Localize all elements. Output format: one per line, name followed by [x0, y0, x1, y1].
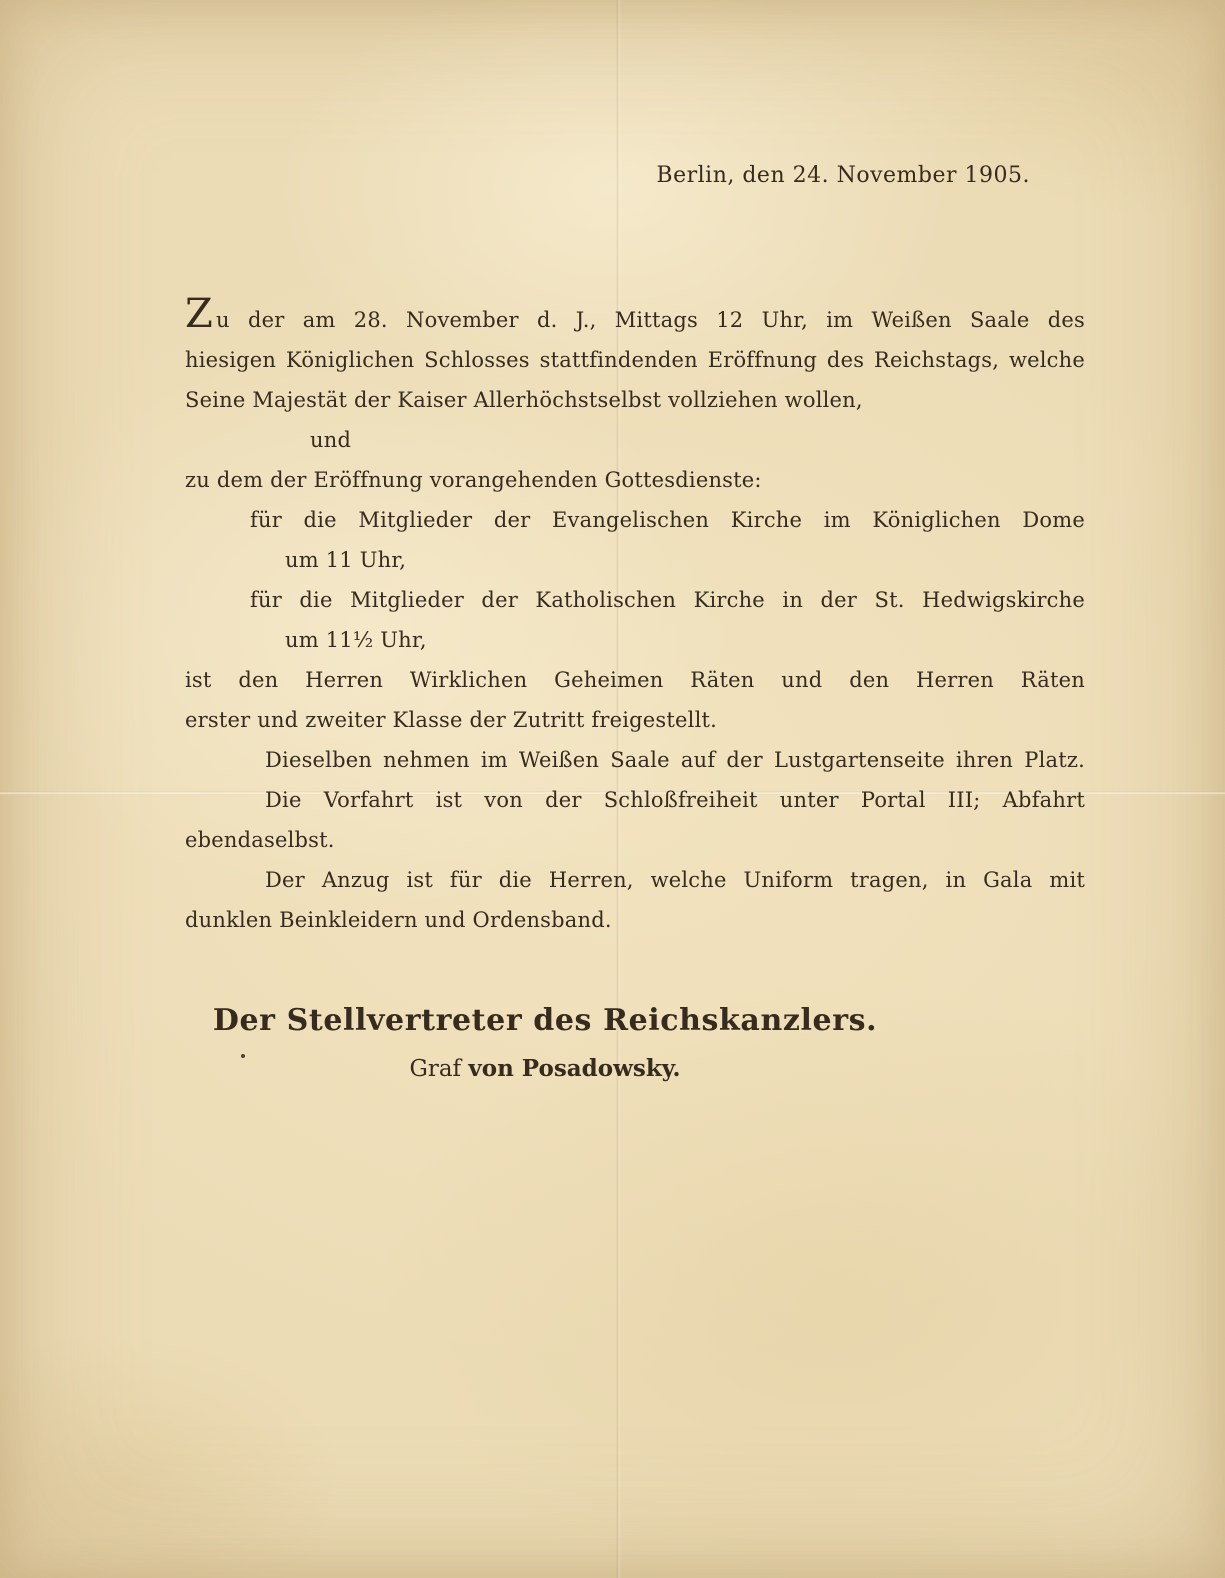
body-line: Seine Majestät der Kaiser Allerhöchstsel… [185, 380, 1085, 420]
body-line: für die Mitglieder der Evangelischen Kir… [185, 500, 1085, 540]
body-line: dunklen Beinkleidern und Ordensband. [185, 900, 1085, 940]
body-line-text: u der am 28. November d. J., Mittags 12 … [216, 300, 1085, 340]
letter-body: Zu der am 28. November d. J., Mittags 12… [185, 297, 1085, 940]
paper-sheet: Berlin, den 24. November 1905. Zu der am… [0, 0, 1225, 1578]
signature-block: Der Stellvertreter des Reichskanzlers. G… [185, 1003, 905, 1082]
signature-name: Graf von Posadowsky. [185, 1055, 905, 1082]
body-line: ist den Herren Wirklichen Geheimen Räten… [185, 660, 1085, 700]
signature-name-prefix: Graf [409, 1056, 461, 1082]
body-line: um 11½ Uhr, [185, 620, 1085, 660]
drop-cap: Z [185, 297, 216, 331]
body-line: hiesigen Königlichen Schlosses stattfind… [185, 340, 1085, 380]
body-line: und [185, 420, 1085, 460]
body-line: zu dem der Eröffnung vorangehenden Gotte… [185, 460, 1085, 500]
body-line: erster und zweiter Klasse der Zutritt fr… [185, 700, 1085, 740]
body-line: um 11 Uhr, [185, 540, 1085, 580]
dateline: Berlin, den 24. November 1905. [656, 163, 1030, 188]
ink-speck [241, 1054, 245, 1058]
body-line: für die Mitglieder der Katholischen Kirc… [185, 580, 1085, 620]
signature-name-bold: von Posadowsky. [468, 1055, 680, 1082]
body-line: Die Vorfahrt ist von der Schloßfreiheit … [185, 780, 1085, 820]
signature-title: Der Stellvertreter des Reichskanzlers. [185, 1003, 905, 1038]
body-line: ebendaselbst. [185, 820, 1085, 860]
body-line: Zu der am 28. November d. J., Mittags 12… [185, 297, 1085, 340]
body-line: Dieselben nehmen im Weißen Saale auf der… [185, 740, 1085, 780]
body-line: Der Anzug ist für die Herren, welche Uni… [185, 860, 1085, 900]
